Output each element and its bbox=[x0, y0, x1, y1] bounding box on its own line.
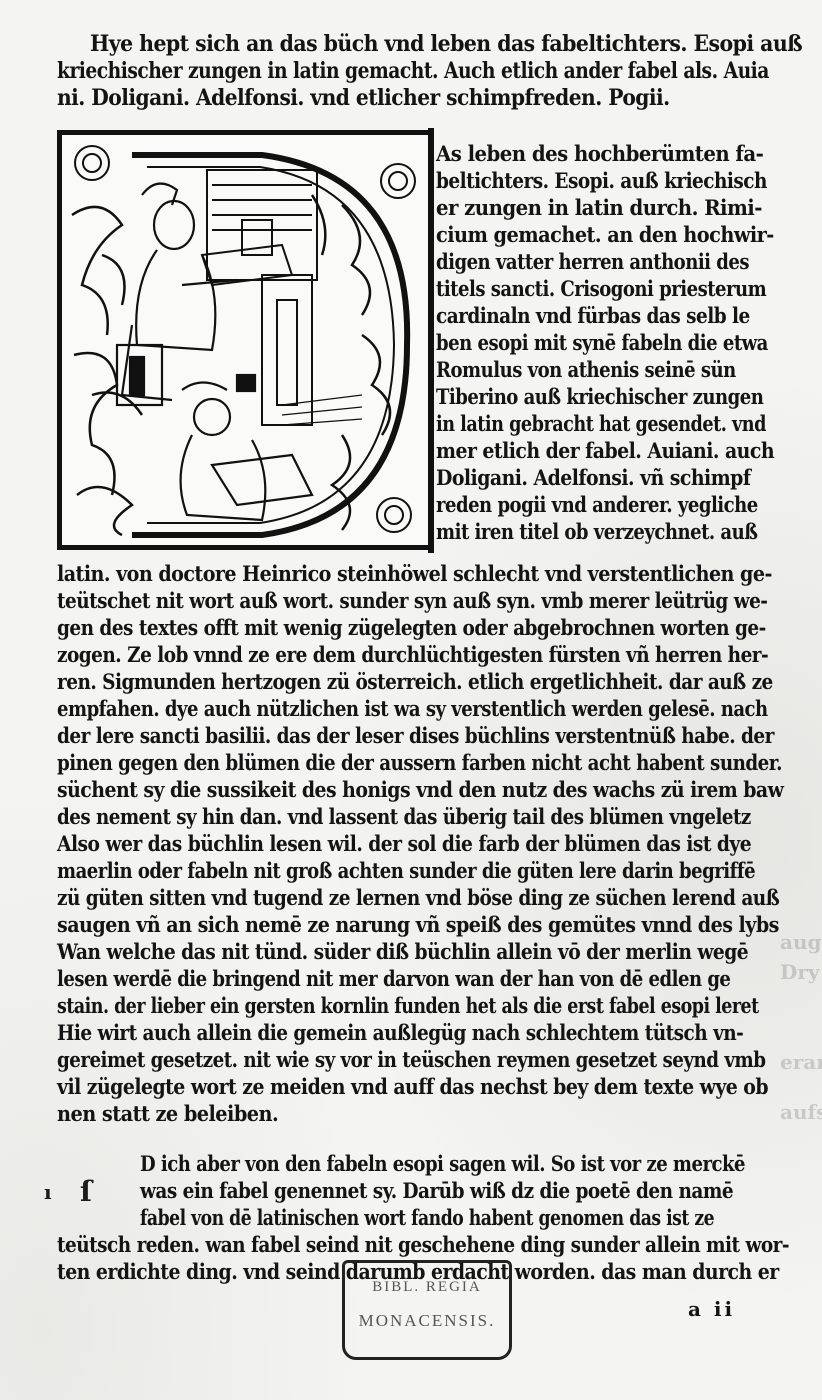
column-line: reden pogii vnd anderer. yegliche bbox=[436, 491, 758, 519]
body-line: stain. der lieber ein gersten kornlin fu… bbox=[57, 992, 759, 1020]
paragraph-line: was ein fabel genennet sy. Darūb wiß dz … bbox=[140, 1177, 733, 1205]
body-line: zü güten sitten vnd tugend ze lernen vnd… bbox=[57, 884, 779, 912]
column-line: beltichters. Esopi. auß kriechisch bbox=[436, 167, 767, 195]
bleed-through-text: aufso bbox=[780, 1100, 822, 1124]
body-line: empfahen. dye auch nützlichen ist wa sy … bbox=[57, 695, 768, 723]
woodcut-scholar-icon bbox=[62, 135, 428, 545]
document-page: Hye hept sich an das büch vnd leben das … bbox=[0, 0, 822, 1400]
body-line: pinen gegen den blümen die der aussern f… bbox=[57, 749, 782, 777]
column-line: cium gemachet. an den hochwir- bbox=[436, 221, 774, 249]
body-line: ren. Sigmunden hertzogen zü österreich. … bbox=[57, 668, 773, 696]
column-line: digen vatter herren anthonii des bbox=[436, 248, 749, 276]
woodcut-border-edge bbox=[428, 128, 434, 553]
stamp-line-2: MONACENSIS. bbox=[345, 1311, 509, 1331]
margin-mark: ſ bbox=[80, 1175, 92, 1208]
body-line: gereimet gesetzet. nit wie sy vor in teü… bbox=[57, 1046, 765, 1074]
column-line: titels sancti. Crisogoni priesterum bbox=[436, 275, 766, 303]
body-line: Also wer das büchlin lesen wil. der sol … bbox=[57, 830, 751, 858]
stamp-line-1: BIBL. REGIA bbox=[345, 1279, 509, 1296]
bleed-through-text: augen bbox=[780, 930, 822, 954]
body-line: der lere sancti basilii. das der leser d… bbox=[57, 722, 774, 750]
column-line: As leben des hochberümten fa- bbox=[436, 140, 763, 168]
bleed-through-text: Dry bbox=[780, 960, 820, 984]
column-line: Tiberino auß kriechischer zungen bbox=[436, 383, 763, 411]
bleed-through-text: eran bbox=[780, 1050, 822, 1074]
body-line: latin. von doctore Heinrico steinhöwel s… bbox=[57, 560, 772, 588]
paragraph-line: D ich aber von den fabeln esopi sagen wi… bbox=[140, 1150, 745, 1178]
body-line: nen statt ze beleiben. bbox=[57, 1100, 278, 1128]
body-line: gen des textes offt mit wenig zügelegten… bbox=[57, 614, 766, 642]
body-line: des nement sy hin dan. vnd lassent das ü… bbox=[57, 803, 751, 831]
column-line: mit iren titel ob verzeychnet. auß bbox=[436, 518, 757, 546]
column-line: mer etlich der fabel. Auiani. auch bbox=[436, 437, 774, 465]
body-line: vil zügelegte wort ze meiden vnd auff da… bbox=[57, 1073, 768, 1101]
column-line: in latin gebracht hat gesendet. vnd bbox=[436, 410, 766, 438]
body-line: zogen. Ze lob vnnd ze ere dem durchlücht… bbox=[57, 641, 768, 669]
body-line: teütschet nit wort auß wort. sunder syn … bbox=[57, 587, 767, 615]
closing-line: teütsch reden. wan fabel seind nit gesch… bbox=[57, 1231, 789, 1259]
column-line: Doligani. Adelfonsi. vñ schimpf bbox=[436, 464, 750, 492]
body-line: süchent sy die sussikeit des honigs vnd … bbox=[57, 776, 783, 804]
margin-mark: ı bbox=[44, 1180, 52, 1204]
column-line: ben esopi mit synē fabeln die etwa bbox=[436, 329, 768, 357]
body-line: saugen vñ an sich nemē ze narung vñ spei… bbox=[57, 911, 779, 939]
column-line: er zungen in latin durch. Rimi- bbox=[436, 194, 762, 222]
heading-line: kriechischer zungen in latin gemacht. Au… bbox=[57, 57, 769, 85]
heading-line: ni. Doligani. Adelfonsi. vnd etlicher sc… bbox=[57, 84, 670, 112]
heading-line: Hye hept sich an das büch vnd leben das … bbox=[90, 30, 802, 58]
body-line: lesen werdē die bringend nit mer darvon … bbox=[57, 965, 730, 993]
body-line: maerlin oder fabeln nit groß achten sund… bbox=[57, 857, 755, 885]
woodcut-initial-illustration bbox=[57, 130, 433, 550]
body-line: Hie wirt auch allein die gemein außlegüg… bbox=[57, 1019, 743, 1047]
column-line: Romulus von athenis seinē sün bbox=[436, 356, 736, 384]
body-line: Wan welche das nit tünd. süder diß büchl… bbox=[57, 938, 748, 966]
paragraph-line: fabel von dē latinischen wort fando habe… bbox=[140, 1204, 714, 1232]
library-stamp: BIBL. REGIA MONACENSIS. bbox=[342, 1260, 512, 1360]
column-line: cardinaln vnd fürbas das selb le bbox=[436, 302, 750, 330]
signature-mark: a ii bbox=[688, 1297, 735, 1321]
